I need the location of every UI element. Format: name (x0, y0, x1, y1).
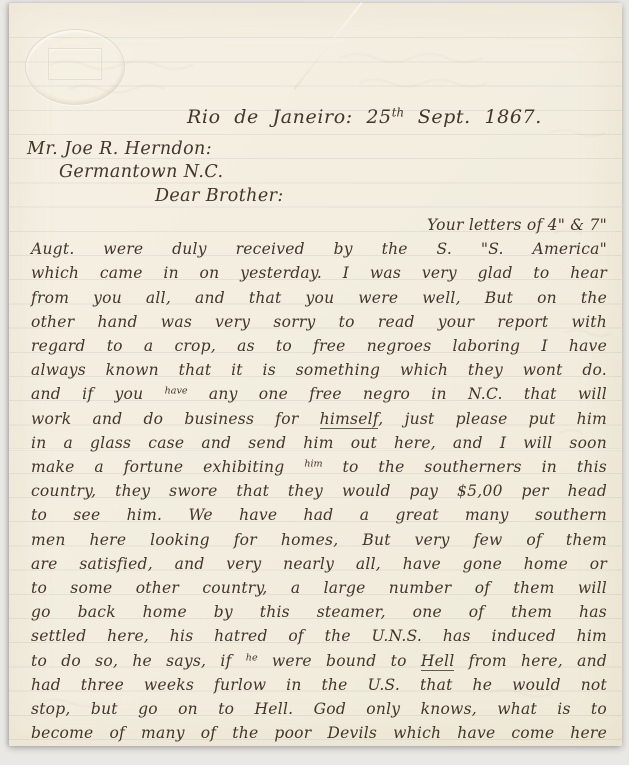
letter-line: make a fortune exhibiting him to the sou… (31, 455, 607, 479)
letter-paper-sheet: Rio de Janeiro: 25th Sept. 1867. Mr. Joe… (9, 3, 622, 746)
letter-line: men here looking for homes, But very few… (31, 528, 607, 552)
letter-line: are satisfied, and very nearly all, have… (31, 552, 607, 576)
letter-line: had three weeks furlow in the U.S. that … (31, 673, 607, 697)
letter-line: Your letters of 4" & 7" (31, 213, 607, 237)
letter-line: regard to a crop, as to free negroes lab… (31, 334, 607, 358)
letter-body: Your letters of 4" & 7"Augt. were duly r… (31, 213, 607, 745)
fold-crease-top (293, 2, 362, 90)
letter-line: to do so, he says, if he were bound to H… (31, 649, 607, 673)
recipient-name-line: Mr. Joe R. Herndon: (27, 139, 212, 159)
photographed-letter-page: { "page": { "background_color": "#e9e8e5… (0, 0, 629, 765)
letter-line: stop, but go on to Hell. God only knows,… (31, 697, 607, 721)
letter-line: other hand was very sorry to read your r… (31, 310, 607, 334)
letter-line: and if you have any one free negro in N.… (31, 382, 607, 406)
letter-line: Augt. were duly received by the S. "S. A… (31, 237, 607, 261)
letter-line: in a glass case and send him out here, a… (31, 431, 607, 455)
letter-line: to see him. We have had a great many sou… (31, 503, 607, 527)
embossed-stationery-seal (25, 29, 125, 105)
letter-line: become of many of the poor Devils which … (31, 721, 607, 745)
letter-line: to some other country, a large number of… (31, 576, 607, 600)
letter-line: from you all, and that you were well, Bu… (31, 286, 607, 310)
letter-line: which came in on yesterday. I was very g… (31, 261, 607, 285)
salutation-line: Dear Brother: (155, 186, 284, 206)
letter-line: always known that it is something which … (31, 358, 607, 382)
recipient-address-line: Germantown N.C. (59, 162, 223, 182)
letter-line: go back home by this steamer, one of the… (31, 600, 607, 624)
letter-line: work and do business for himself, just p… (31, 407, 607, 431)
letter-line: country, they swore that they would pay … (31, 479, 607, 503)
letter-dateline: Rio de Janeiro: 25th Sept. 1867. (187, 106, 542, 128)
letter-line: settled here, his hatred of the U.N.S. h… (31, 624, 607, 648)
seal-inner-emblem (48, 48, 102, 80)
